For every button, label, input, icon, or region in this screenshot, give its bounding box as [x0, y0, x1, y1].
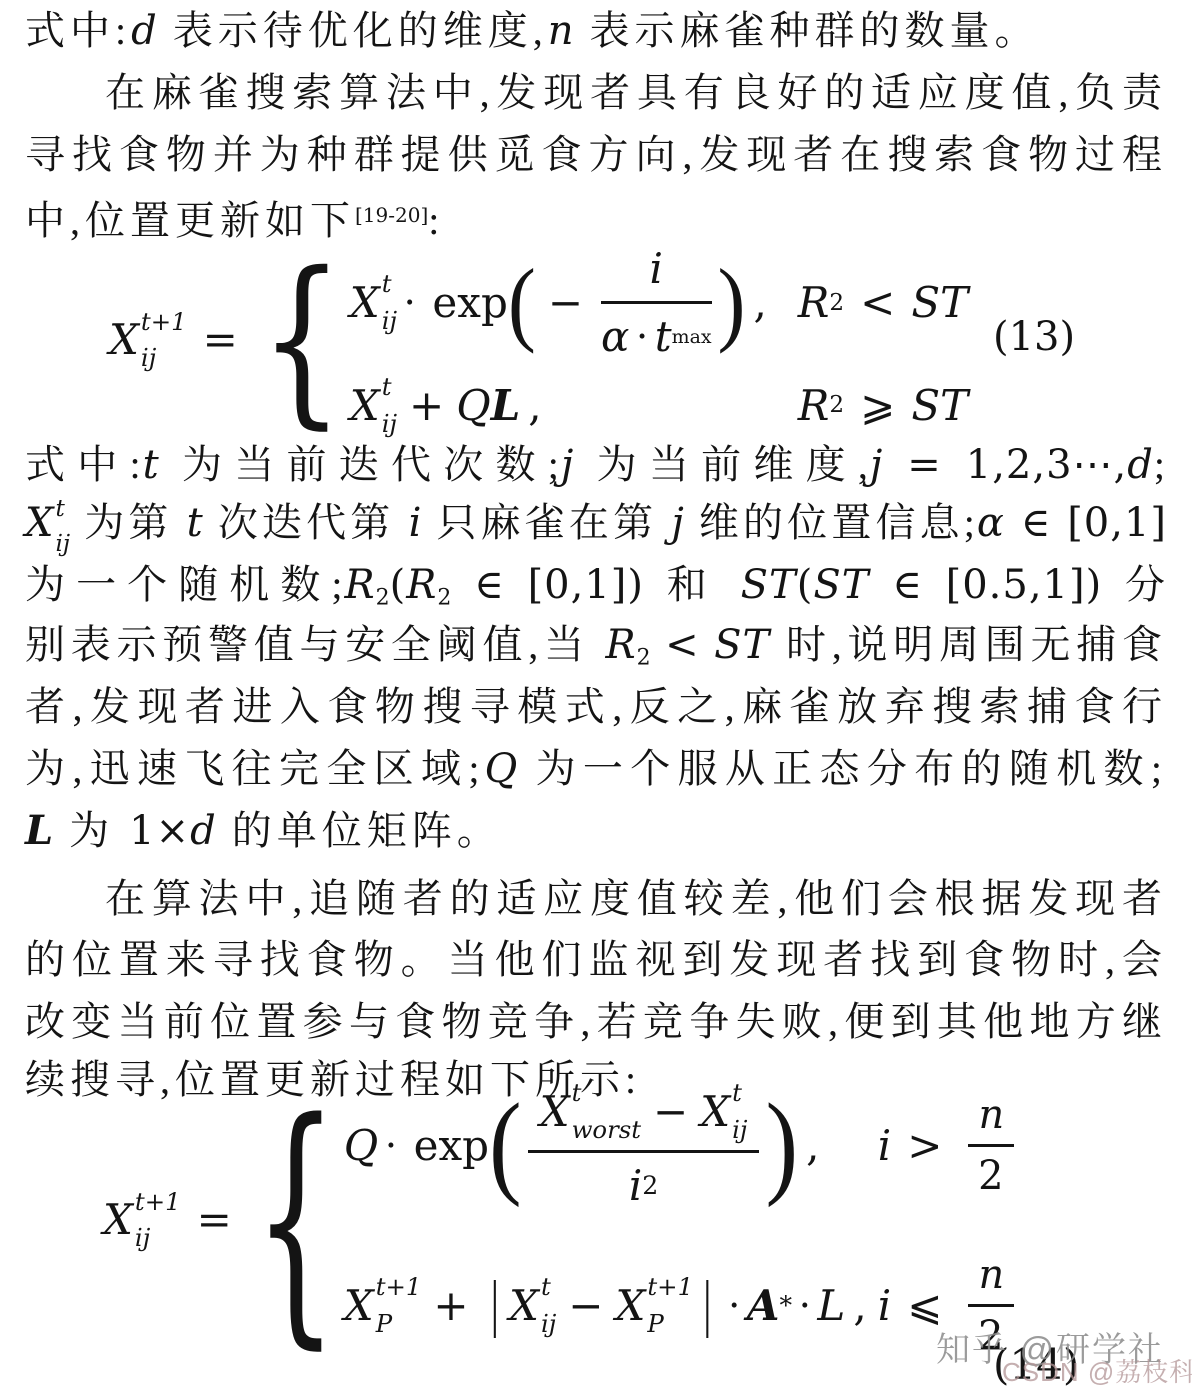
csdn-watermark: CSDN @荔枝科研社 [1002, 1352, 1192, 1389]
equals-sign: = [197, 1195, 232, 1244]
x-symbol: X [109, 315, 139, 364]
text-line-6: Xtij 为第 t 次迭代第 i 只麻雀在第 j 维的位置信息;α ∈ [0,1… [25, 494, 1167, 555]
x-symbol: X [344, 1281, 374, 1330]
fraction: i α • tmax [601, 244, 711, 361]
supsub: t+1ij [141, 310, 187, 371]
close-paren: ) [718, 267, 746, 338]
page: 式中:d 表示待优化的维度,n 表示麻雀种群的数量。 在麻雀搜索算法中,发现者具… [0, 0, 1192, 1389]
equation-14-case-2: Xt+1P + | Xtij − Xt+1P | • A* • L , i ⩽ [344, 1252, 1014, 1359]
comma: , [853, 1281, 866, 1330]
equation-14-condition-1: i > n 2 [878, 1092, 1014, 1199]
x-symbol: X [350, 278, 380, 327]
plus-sign: + [409, 381, 444, 430]
fraction: Xtworst − Xtij i2 [528, 1081, 760, 1210]
a-star-symbol: A [747, 1281, 780, 1330]
abs-bar: | [491, 1269, 499, 1341]
x-symbol: X [103, 1195, 133, 1244]
squared-exponent: 2 [642, 1171, 658, 1200]
equation-13-condition-1: R2 < ST [798, 278, 968, 327]
exp-function: exp [432, 278, 507, 327]
comma: , [753, 278, 766, 327]
equation-13: Xt+1ij = { Xtij • exp ( − i α • [25, 244, 1192, 436]
equation-14: Xt+1ij = { Q • exp ( Xtworst − Xtij [25, 1094, 1192, 1346]
multiply-dot: • [731, 1295, 738, 1316]
x-symbol: X [509, 1281, 539, 1330]
text-line-4: 中,位置更新如下[19-20]: [25, 186, 1167, 250]
exp-function: exp [414, 1121, 489, 1170]
plus-sign: + [433, 1281, 468, 1330]
q-symbol: Q [456, 381, 490, 430]
equation-13-condition-2: R2 ⩾ ST [798, 381, 968, 430]
minus-sign: − [548, 278, 583, 327]
text-line-1: 式中:d 表示待优化的维度,n 表示麻雀种群的数量。 [25, 2, 1167, 60]
equals-sign: = [203, 315, 238, 364]
minus-sign: − [568, 1281, 603, 1330]
open-paren: ( [489, 1102, 522, 1189]
comma: , [806, 1121, 819, 1170]
text-line-11: L 为 1×d 的单位矩阵。 [25, 802, 1167, 860]
open-paren: ( [508, 267, 536, 338]
q-symbol: Q [344, 1121, 378, 1170]
equation-13-cases: Xtij • exp ( − i α • tmax ) [350, 244, 968, 436]
l-symbol: L [817, 1281, 845, 1330]
multiply-dot: • [638, 326, 645, 347]
l-symbol: L [491, 381, 521, 430]
text-line-5: 式中:t 为当前迭代次数;j 为当前维度,j = 1,2,3⋯,d; [25, 436, 1167, 494]
x-symbol: X [350, 381, 380, 430]
x-symbol: X [615, 1281, 645, 1330]
close-paren: ) [765, 1102, 798, 1189]
text-line-10: 为,迅速飞往完全区域;Q 为一个服从正态分布的随机数; [25, 740, 1167, 798]
abs-bar: | [703, 1269, 711, 1341]
text-line-13: 的位置来寻找食物。当他们监视到发现者找到食物时,会 [25, 931, 1167, 989]
greater-than-sign: > [907, 1121, 942, 1170]
text-line-2: 在麻雀搜索算法中,发现者具有良好的适应度值,负责 [25, 64, 1167, 122]
less-than-sign: < [860, 278, 895, 327]
equation-14-case-1: Q • exp ( Xtworst − Xtij i2 ) , [344, 1081, 1014, 1210]
equation-13-number: (13) [993, 314, 1075, 360]
equation-13-case-1: Xtij • exp ( − i α • tmax ) [350, 244, 968, 361]
equation-14-lhs: Xt+1ij = [103, 1190, 248, 1251]
multiply-dot: • [406, 292, 413, 313]
text-line-9: 者,发现者进入食物搜寻模式,反之,麻雀放弃搜索捕食行 [25, 678, 1167, 736]
equation-13-lhs: Xt+1ij = [109, 310, 254, 371]
equation-14-cases: Q • exp ( Xtworst − Xtij i2 ) , [344, 1081, 1014, 1359]
greater-equal-sign: ⩾ [860, 381, 895, 430]
n-over-2: n 2 [968, 1092, 1014, 1199]
text-line-3: 寻找食物并为种群提供觅食方向,发现者在搜索食物过程 [25, 126, 1167, 184]
text-line-14: 改变当前位置参与食物竞争,若竞争失败,便到其他地方继 [25, 993, 1167, 1051]
text-line-8: 别表示预警值与安全阈值,当 R2 < ST 时,说明周围无捕食 [25, 616, 1167, 688]
comma: , [528, 381, 541, 430]
multiply-dot: • [387, 1135, 394, 1156]
multiply-dot: • [801, 1295, 808, 1316]
text-line-12: 在算法中,追随者的适应度值较差,他们会根据发现者 [25, 870, 1167, 928]
minus-sign: − [653, 1087, 688, 1136]
equation-13-case-2: Xtij + QL , R2 ⩾ ST [350, 375, 968, 436]
